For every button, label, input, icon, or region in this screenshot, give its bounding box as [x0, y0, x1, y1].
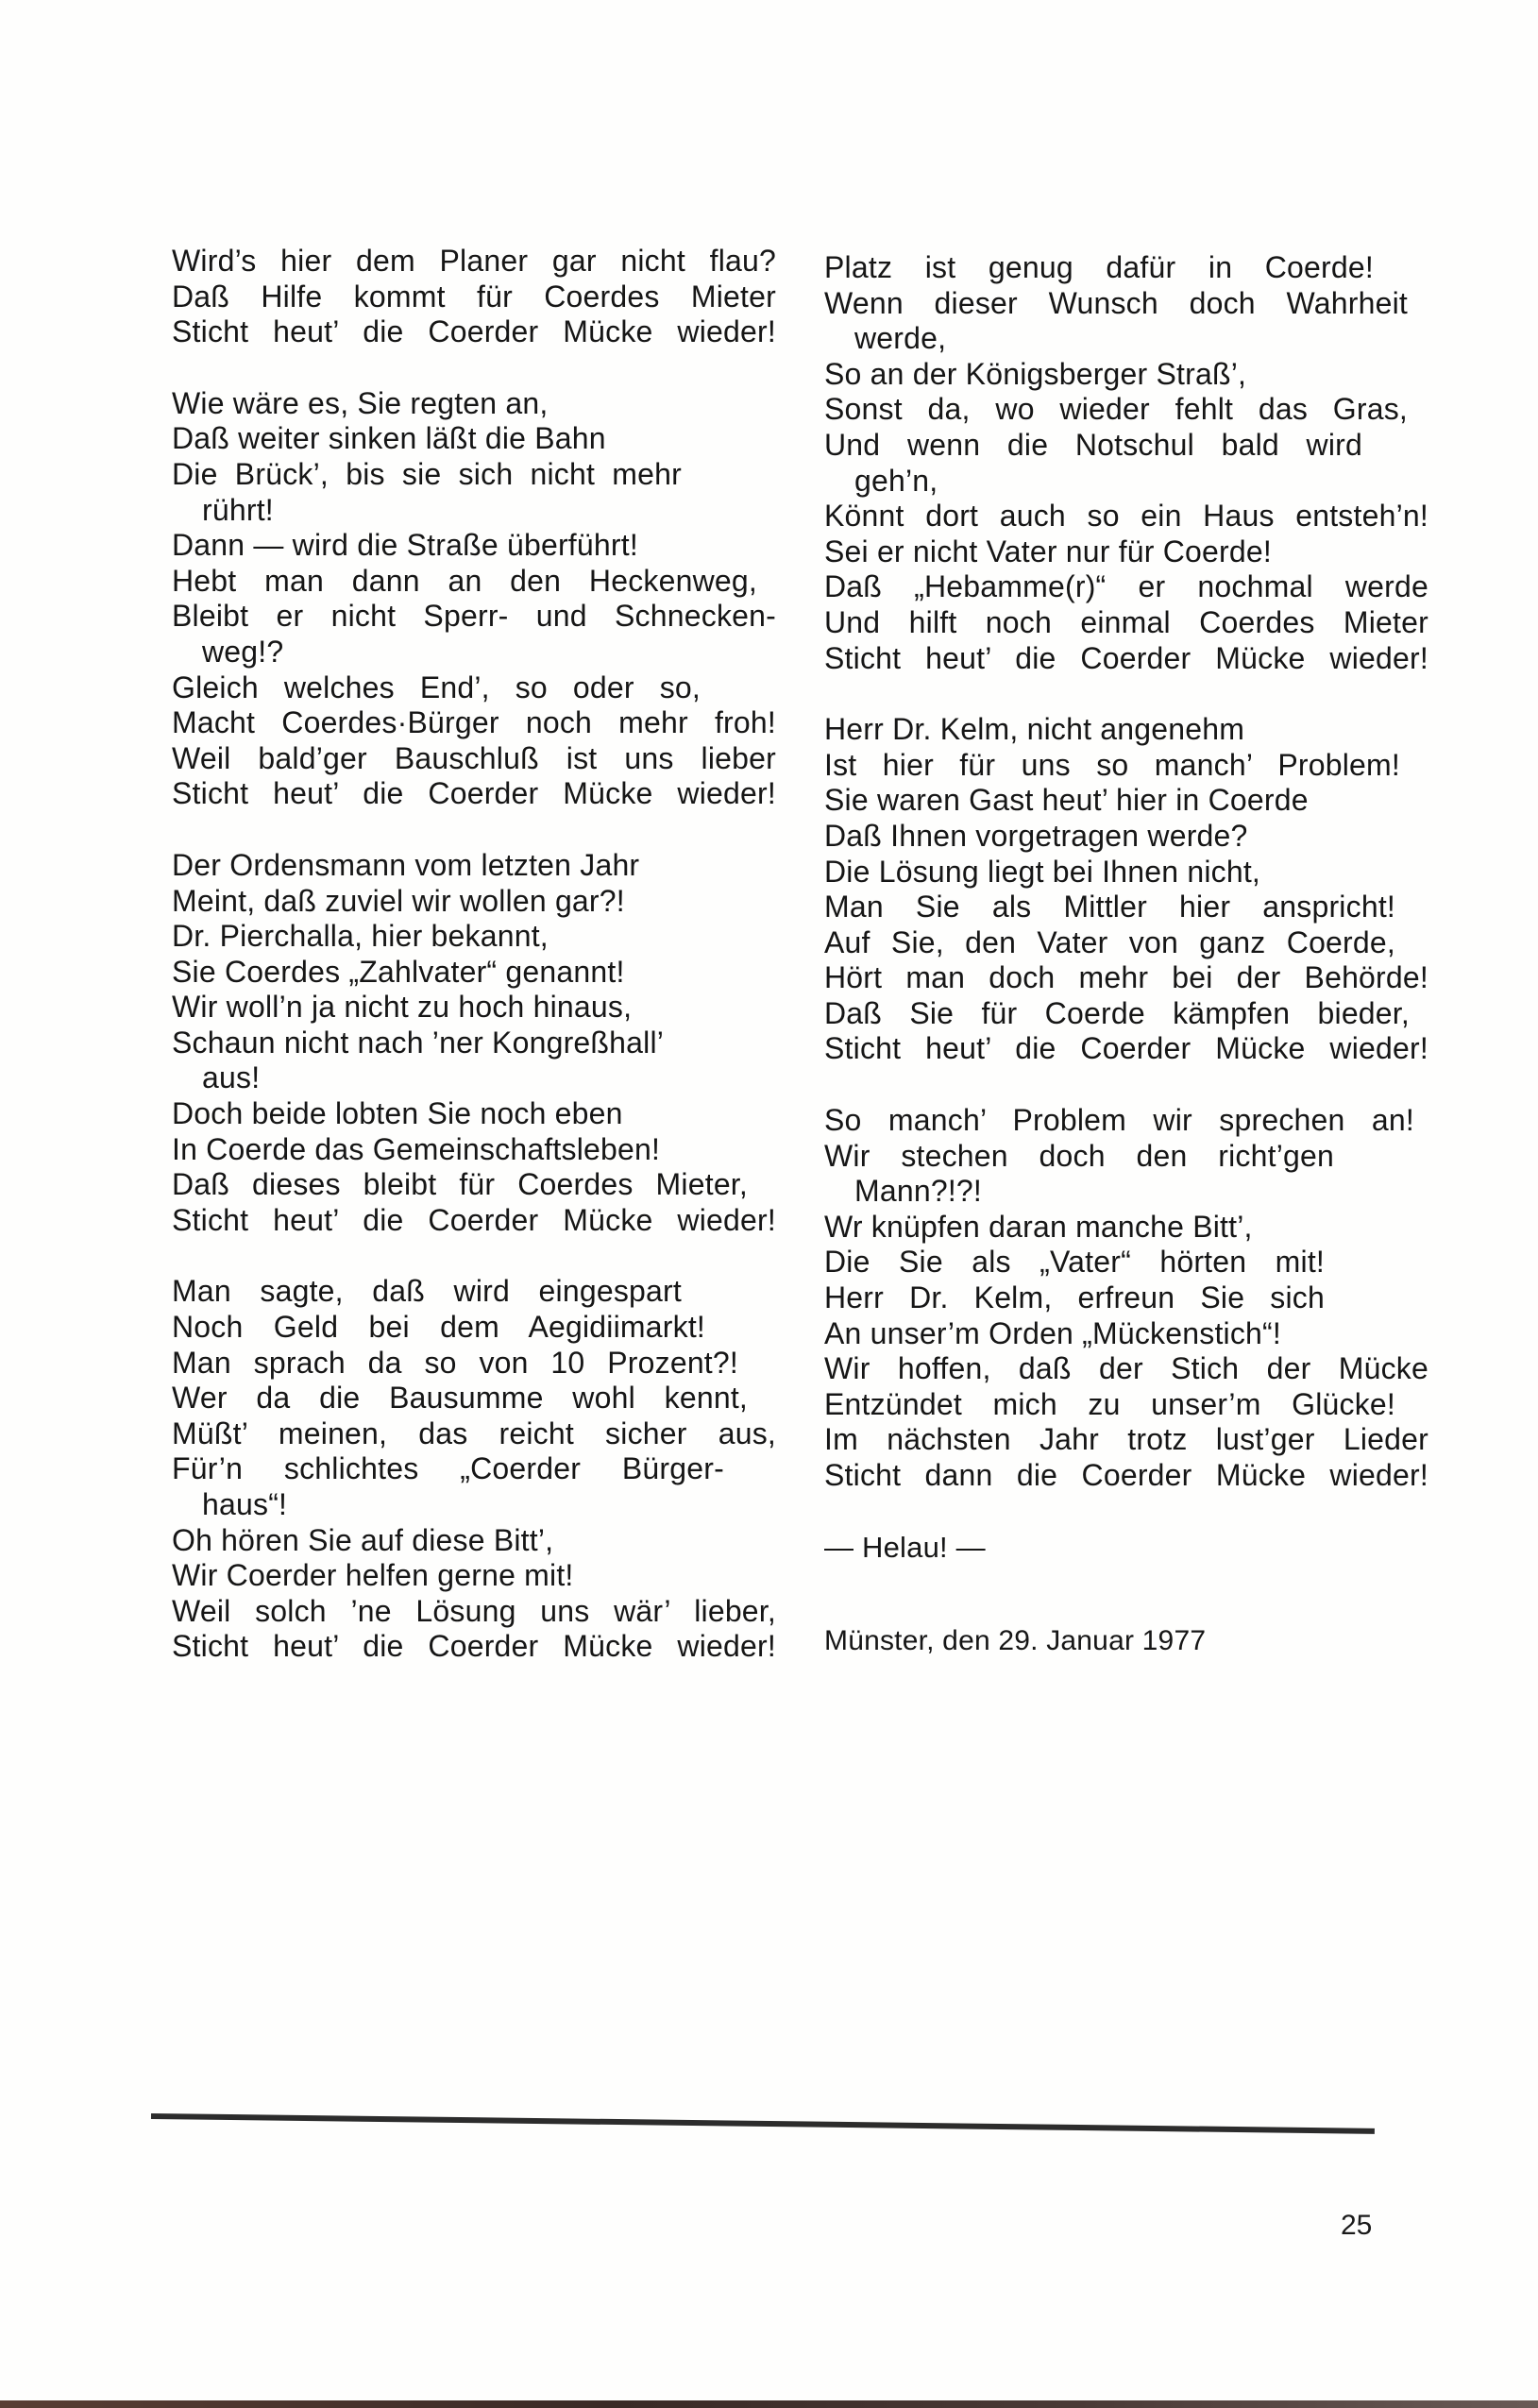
verse-line: Sonst da, wo wieder fehlt das Gras,	[824, 392, 1408, 428]
verse-line: Daß weiter sinken läßt die Bahn	[172, 421, 776, 457]
verse-line: Sticht heut’ die Coerder Mücke wieder!	[172, 1203, 776, 1239]
verse-line: Hört man doch mehr bei der Behörde!	[824, 960, 1428, 996]
verse-line: Daß dieses bleibt für Coerdes Mieter,	[172, 1167, 748, 1203]
verse-line: Wer da die Bausumme wohl kennt,	[172, 1381, 748, 1416]
closing-exclamation: — Helau! —	[824, 1530, 1428, 1566]
page-number: 25	[1341, 2210, 1372, 2242]
verse-line: Wir stechen doch den richt’gen	[824, 1139, 1334, 1175]
verse-line: Gleich welches End’, so oder so,	[172, 670, 701, 706]
footer-rule	[151, 2113, 1375, 2134]
verse-line: Sie Coerdes „Zahlvater“ genannt!	[172, 955, 776, 991]
verse-line: Platz ist genug dafür in Coerde!	[824, 250, 1374, 286]
verse-line: So an der Königsberger Straß’,	[824, 357, 1428, 393]
scan-edge	[0, 2400, 1538, 2408]
verse-line: Daß Ihnen vorgetragen werde?	[824, 819, 1428, 855]
verse-line: Die Lösung liegt bei Ihnen nicht,	[824, 855, 1428, 890]
verse-line-continuation: weg!?	[172, 635, 776, 670]
verse-line-continuation: aus!	[172, 1060, 776, 1096]
verse-line: Und hilft noch einmal Coerdes Mieter	[824, 605, 1428, 641]
verse-line: Oh hören Sie auf diese Bitt’,	[172, 1523, 776, 1559]
verse-line: Daß „Hebamme(r)“ er nochmal werde	[824, 569, 1428, 605]
verse-line: Entzündet mich zu unser’m Glücke!	[824, 1387, 1395, 1423]
verse-line: Dann — wird die Straße überführt!	[172, 528, 776, 564]
verse-line: Im nächsten Jahr trotz lust’ger Lieder	[824, 1422, 1428, 1458]
place-and-date: Münster, den 29. Januar 1977	[824, 1623, 1428, 1659]
verse-line: Sticht heut’ die Coerder Mücke wieder!	[172, 314, 776, 350]
verse-line: Könnt dort auch so ein Haus entsteh’n!	[824, 499, 1428, 534]
verse-line: Und wenn die Notschul bald wird	[824, 428, 1362, 464]
verse-line: Weil bald’ger Bauschluß ist uns lieber	[172, 741, 776, 777]
stanza: Wie wäre es, Sie regten an, Daß weiter s…	[172, 386, 776, 812]
verse-line-continuation: haus“!	[172, 1487, 776, 1523]
verse-line: Man Sie als Mittler hier anspricht!	[824, 890, 1395, 925]
verse-line: Ist hier für uns so manch’ Problem!	[824, 748, 1400, 784]
verse-line: Herr Dr. Kelm, erfreun Sie sich	[824, 1280, 1325, 1316]
verse-line: Die Sie als „Vater“ hörten mit!	[824, 1245, 1325, 1280]
verse-line: Dr. Pierchalla, hier bekannt,	[172, 919, 776, 955]
verse-line-continuation: werde,	[824, 321, 1428, 357]
verse-line: Doch beide lobten Sie noch eben	[172, 1096, 776, 1132]
stanza: Man sagte, daß wird eingespart Noch Geld…	[172, 1274, 776, 1665]
verse-line: Sticht heut’ die Coerder Mücke wieder!	[824, 1031, 1428, 1067]
right-column: Platz ist genug dafür in Coerde! Wenn di…	[824, 250, 1428, 1659]
verse-line: Auf Sie, den Vater von ganz Coerde,	[824, 925, 1395, 961]
verse-line: Meint, daß zuviel wir wollen gar?!	[172, 884, 776, 920]
verse-line: Wird’s hier dem Planer gar nicht flau?	[172, 244, 776, 280]
verse-line: In Coerde das Gemeinschaftsleben!	[172, 1132, 776, 1168]
verse-line: Sei er nicht Vater nur für Coerde!	[824, 534, 1428, 570]
verse-line: Daß Hilfe kommt für Coerdes Mieter	[172, 280, 776, 315]
verse-line: Sie waren Gast heut’ hier in Coerde	[824, 783, 1428, 819]
verse-line: Bleibt er nicht Sperr- und Schnecken-	[172, 599, 776, 635]
verse-line: Man sagte, daß wird eingespart	[172, 1274, 682, 1310]
stanza: Platz ist genug dafür in Coerde! Wenn di…	[824, 250, 1428, 676]
stanza: Herr Dr. Kelm, nicht angenehm Ist hier f…	[824, 712, 1428, 1067]
verse-line: Sticht heut’ die Coerder Mücke wieder!	[172, 776, 776, 812]
verse-line: Hebt man dann an den Heckenweg,	[172, 564, 757, 600]
verse-line: Herr Dr. Kelm, nicht angenehm	[824, 712, 1428, 748]
verse-line: Für’n schlichtes „Coerder Bürger-	[172, 1451, 724, 1487]
verse-line: Schaun nicht nach ’ner Kongreßhall’	[172, 1026, 776, 1061]
verse-line: Wr knüpfen daran manche Bitt’,	[824, 1210, 1428, 1246]
verse-line: Wenn dieser Wunsch doch Wahrheit	[824, 286, 1408, 322]
verse-line-continuation: rührt!	[172, 493, 776, 529]
verse-line: Macht Coerdes·Bürger noch mehr froh!	[172, 705, 776, 741]
stanza: Der Ordensmann vom letzten Jahr Meint, d…	[172, 848, 776, 1239]
verse-line: Sticht heut’ die Coerder Mücke wieder!	[824, 641, 1428, 677]
verse-line-continuation: geh’n,	[824, 464, 1428, 500]
verse-line: Wir hoffen, daß der Stich der Mücke	[824, 1351, 1428, 1387]
verse-line: Daß Sie für Coerde kämpfen bieder,	[824, 996, 1410, 1032]
verse-line: Wie wäre es, Sie regten an,	[172, 386, 776, 422]
verse-line: Wir woll’n ja nicht zu hoch hinaus,	[172, 990, 776, 1026]
verse-line: An unser’m Orden „Mückenstich“!	[824, 1316, 1428, 1352]
verse-line: Weil solch ’ne Lösung uns wär’ lieber,	[172, 1594, 776, 1630]
verse-line: Noch Geld bei dem Aegidiimarkt!	[172, 1310, 705, 1346]
verse-line: Sticht heut’ die Coerder Mücke wieder!	[172, 1629, 776, 1665]
verse-line: Sticht dann die Coerder Mücke wieder!	[824, 1458, 1428, 1494]
stanza: Wird’s hier dem Planer gar nicht flau? D…	[172, 244, 776, 350]
verse-line: Die Brück’, bis sie sich nicht mehr	[172, 457, 682, 493]
document-page: Wird’s hier dem Planer gar nicht flau? D…	[0, 0, 1538, 2408]
verse-line: So manch’ Problem wir sprechen an!	[824, 1103, 1414, 1139]
verse-line-continuation: Mann?!?!	[824, 1174, 1428, 1210]
verse-line: Müßt’ meinen, das reicht sicher aus,	[172, 1416, 776, 1452]
verse-line: Wir Coerder helfen gerne mit!	[172, 1558, 776, 1594]
stanza: So manch’ Problem wir sprechen an! Wir s…	[824, 1103, 1428, 1494]
verse-line: Der Ordensmann vom letzten Jahr	[172, 848, 776, 884]
left-column: Wird’s hier dem Planer gar nicht flau? D…	[172, 244, 776, 1701]
verse-line: Man sprach da so von 10 Prozent?!	[172, 1346, 738, 1382]
